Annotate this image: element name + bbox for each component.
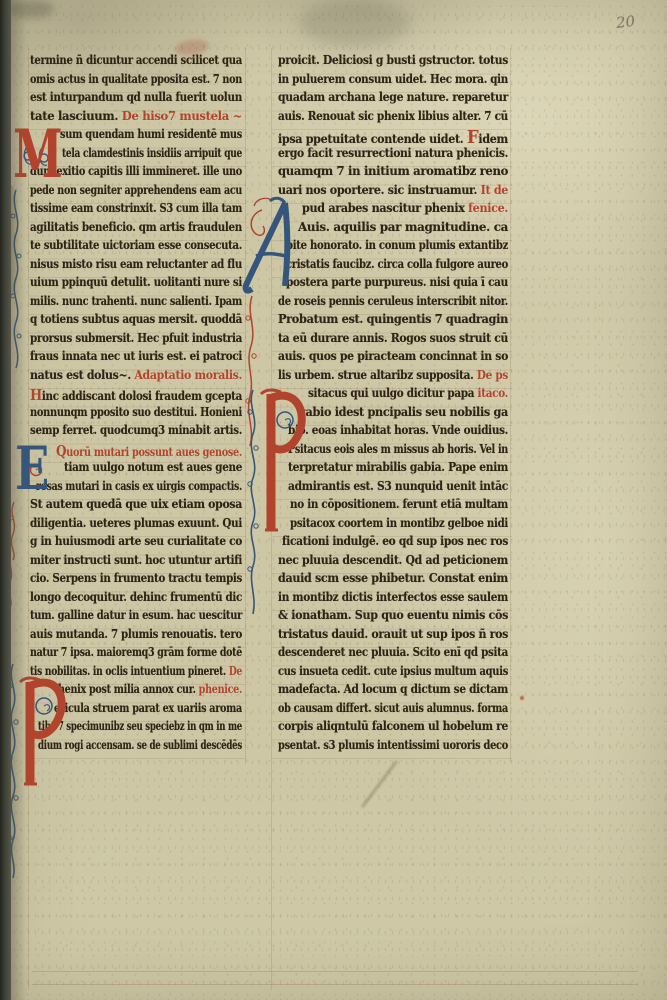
- text-segment: Q: [56, 442, 66, 460]
- manuscript-line: tristatus dauid. orauit ut sup ipos ñ ro…: [278, 627, 508, 646]
- text-segment: termine ñ dicuntur accendi scilicet qua: [30, 53, 242, 67]
- text-segment: cristatis faucibz. circa colla fulgore a…: [286, 257, 508, 271]
- manuscript-line: natur 7 ipsa. maioremq3 grām forme dotē: [30, 645, 242, 664]
- manuscript-line: henix post milia annox cur. phenice.: [30, 682, 242, 701]
- manuscript-line: dium rogi accensam. se de sublimi descēd…: [30, 738, 242, 757]
- manuscript-line: gabio idest pncipalis seu nobilis ga: [278, 405, 508, 424]
- text-segment: tristatus dauid. orauit ut sup ipos ñ ro…: [278, 627, 508, 641]
- text-segment: q totiens subtus aquas mersit. quoddā: [30, 312, 242, 326]
- manuscript-line: dum exitio capitis illi immineret. ille …: [30, 164, 242, 183]
- manuscript-line: tibz 7 specimunibz seu speciebz in qm in…: [30, 719, 242, 738]
- text-segment: & ionatham. Sup quo euentu nimis cōs: [278, 608, 508, 622]
- text-segment: auis. Renouat sic phenix libius alter. 7…: [278, 109, 508, 123]
- text-segment: postera parte purpureus. nisi quia ī cau: [286, 275, 508, 289]
- text-segment: psentat. s3 plumis intentissimi uororis …: [278, 738, 508, 752]
- text-segment: lis urbem. strue altaribz supposita.: [278, 368, 477, 382]
- manuscript-line: nisus misto risu eam reluctanter ad flu: [30, 257, 242, 276]
- text-segment: pud arabes nascitur phenix: [302, 201, 468, 215]
- text-segment: St autem quedā que uix etiam oposa: [30, 497, 242, 511]
- text-segment: cio. Serpens in frumento tractu tempis: [30, 571, 242, 585]
- text-segment: pite honorato. in conum plumis extantibz: [286, 238, 508, 252]
- text-segment: bio. eoas inhabitat horas. Vnde ouidius.: [288, 423, 508, 437]
- text-segment: agilitatis beneficio. qm artis fraudulen: [30, 220, 242, 234]
- text-segment: inc addiscant dolosi fraudem gcepta: [42, 389, 242, 403]
- manuscript-line: pite honorato. in conum plumis extantibz: [278, 238, 508, 257]
- text-segment: cus insueta cedit. cute ipsius multum aq…: [278, 664, 508, 678]
- manuscript-line: Quorū mutari possunt aues genose.: [30, 442, 242, 461]
- text-segment: phenice.: [199, 682, 242, 696]
- text-segment: ob causam differt. sicut auis alumnus. f…: [278, 701, 508, 715]
- manuscript-line: prorsus submersit. Hec pfuit industria: [30, 331, 242, 350]
- text-segment: fraus innata nec ut iuris est. ei patroc…: [30, 349, 242, 363]
- text-segment: quamqm 7 in initium aromatibz reno: [278, 164, 508, 178]
- text-segment: gabio idest pncipalis seu nobilis ga: [298, 405, 508, 419]
- bottom-ruling: [32, 971, 638, 972]
- text-segment: tate lasciuum.: [30, 109, 122, 123]
- text-segment: dauid scm esse phibetur. Constat enim: [278, 571, 508, 585]
- page-edge-shade: [11, 0, 27, 1000]
- manuscript-line: ipsa ppetuitate contende uidet. Fidem: [278, 127, 508, 146]
- text-segment: fenice.: [468, 201, 508, 215]
- text-segment: ficationi indulgē. eo qd sup ipos nec ro…: [282, 534, 508, 548]
- manuscript-line: no in cōpositionem. ferunt etiā multam: [278, 497, 508, 516]
- manuscript-line: diligentia. ueteres plumas exuunt. Qui: [30, 516, 242, 535]
- manuscript-line: tis nobilitas. in oclis intuentium piner…: [30, 664, 242, 683]
- text-segment: sitacus qui uulgo dicitur papa: [308, 386, 478, 400]
- text-segment: in puluerem consum uidet. Hec mora. qin: [278, 72, 508, 86]
- manuscript-line: tate lasciuum. De hiso7 mustela ~: [30, 109, 242, 128]
- manuscript-line: quadam archana lege nature. reparetur: [278, 90, 508, 109]
- manuscript-line: miter instructi sunt. hoc utuntur artifi: [30, 553, 242, 572]
- text-segment: miter instructi sunt. hoc utuntur artifi: [30, 553, 242, 567]
- manuscript-line: in montibz dictis interfectos esse saule…: [278, 590, 508, 609]
- manuscript-line: pede non segniter apprehendens eam acu: [30, 183, 242, 202]
- text-segment: te subtilitate uictoriam esse consecuta.: [30, 238, 242, 252]
- bottom-ruling: [32, 984, 638, 985]
- manuscript-line: est inturpandum qd nulla fuerit uolun: [30, 90, 242, 109]
- text-segment: nec pluuia descendit. Qd ad peticionem: [278, 553, 508, 567]
- text-segment: De ps: [477, 368, 508, 382]
- text-segment: prorsus submersit. Hec pfuit industria: [30, 331, 242, 345]
- text-segment: milis. nunc trahenti. nunc salienti. Ipa…: [30, 294, 242, 308]
- text-segment: Auis. aquilis par magnitudine. ca: [298, 220, 508, 234]
- text-segment: in montibz dictis interfectos esse saule…: [278, 590, 508, 604]
- manuscript-line: terpretatur mirabilis gabia. Pape enim: [278, 460, 508, 479]
- text-segment: Adaptatio moralis.: [134, 368, 242, 382]
- manuscript-line: dauid scm esse phibetur. Constat enim: [278, 571, 508, 590]
- text-column-right: proicit. Deliciosi g busti gstructor. to…: [278, 53, 508, 756]
- text-segment: dium rogi accensam. se de sublimi descēd…: [38, 738, 242, 752]
- text-segment: longo decoquitur. dehinc frumentū dic: [30, 590, 242, 604]
- text-segment: tum. galline datur in esum. hac uescitur: [30, 608, 242, 622]
- text-segment: terpretatur mirabilis gabia. Pape enim: [288, 460, 508, 474]
- manuscript-line: fraus innata nec ut iuris est. ei patroc…: [30, 349, 242, 368]
- manuscript-line: psentat. s3 plumis intentissimi uororis …: [278, 738, 508, 757]
- text-segment: nisus misto risu eam reluctanter ad flu: [30, 257, 242, 271]
- text-segment: De hiso7 mustela ~: [122, 109, 242, 123]
- text-segment: uium ppinquū detulit. uolitanti nure si: [30, 275, 242, 289]
- manuscript-line: quamqm 7 in initium aromatibz reno: [278, 164, 508, 183]
- parchment-stain: [520, 696, 524, 700]
- text-segment: tibz 7 specimunibz seu speciebz in qm in…: [38, 719, 242, 733]
- manuscript-line: termine ñ dicuntur accendi scilicet qua: [30, 53, 242, 72]
- manuscript-line: natus est dolus~. Adaptatio moralis.: [30, 368, 242, 387]
- manuscript-line: de roseis pennis ceruleus interscribit n…: [278, 294, 508, 313]
- manuscript-line: psitacox coortem in montibz gelboe nidi: [278, 516, 508, 535]
- manuscript-line: ta eū durare annis. Rogos suos struit cū: [278, 331, 508, 350]
- text-segment: tis nobilitas. in oclis intuentium piner…: [30, 664, 229, 678]
- manuscript-line: g in huiusmodi arte seu curialitate co: [30, 534, 242, 553]
- text-segment: itaco.: [478, 386, 508, 400]
- text-segment: Psitacus eois ales m missus ab horis. Ve…: [288, 442, 508, 456]
- text-segment: tissime eam constrinxit. S3 cum illa tam: [30, 201, 242, 215]
- parchment-stain: [300, 0, 410, 46]
- text-segment: psitacox coortem in montibz gelboe nidi: [290, 516, 508, 530]
- manuscript-line: uium ppinquū detulit. uolitanti nure si: [30, 275, 242, 294]
- text-segment: auis mutanda. 7 plumis renouatis. tero: [30, 627, 242, 641]
- manuscript-line: sum quendam humi residentē mus: [30, 127, 242, 146]
- manuscript-line: longo decoquitur. dehinc frumentū dic: [30, 590, 242, 609]
- manuscript-line: ericula struem parat ex uariis aroma: [30, 701, 242, 720]
- manuscript-line: agilitatis beneficio. qm artis fraudulen: [30, 220, 242, 239]
- manuscript-line: auis. Renouat sic phenix libius alter. 7…: [278, 109, 508, 128]
- manuscript-line: te subtilitate uictoriam esse consecuta.: [30, 238, 242, 257]
- text-segment: quadam archana lege nature. reparetur: [278, 90, 508, 104]
- manuscript-line: admirantis est. S3 nunquid uenit intāc: [278, 479, 508, 498]
- manuscript-line: q totiens subtus aquas mersit. quoddā: [30, 312, 242, 331]
- text-segment: Probatum est. quingentis 7 quadragin: [278, 312, 508, 326]
- text-segment: madefacta. Ad locum q dictum se dictam: [278, 682, 508, 696]
- manuscript-line: & ionatham. Sup quo euentu nimis cōs: [278, 608, 508, 627]
- text-segment: pede non segniter apprehendens eam acu: [30, 183, 242, 197]
- manuscript-line: madefacta. Ad locum q dictum se dictam: [278, 682, 508, 701]
- manuscript-line: cristatis faucibz. circa colla fulgore a…: [278, 257, 508, 276]
- manuscript-line: lis urbem. strue altaribz supposita. De …: [278, 368, 508, 387]
- text-segment: semp ferret. quodcumq3 minabit artis.: [30, 423, 242, 437]
- manuscript-line: bio. eoas inhabitat horas. Vnde ouidius.: [278, 423, 508, 442]
- text-segment: diligentia. ueteres plumas exuunt. Qui: [30, 516, 242, 530]
- manuscript-line: sitacus qui uulgo dicitur papa itaco.: [278, 386, 508, 405]
- text-segment: ta eū durare annis. Rogos suos struit cū: [278, 331, 508, 345]
- text-segment: proicit. Deliciosi g busti gstructor. to…: [278, 53, 508, 67]
- manuscript-line: rosas mutari in casis ex uirgis compacti…: [30, 479, 242, 498]
- text-segment: no in cōpositionem. ferunt etiā multam: [290, 497, 508, 511]
- manuscript-line: auis. quos pe piracteam concinnat in so: [278, 349, 508, 368]
- manuscript-line: nec pluuia descendit. Qd ad peticionem: [278, 553, 508, 572]
- text-segment: uari nos oportere. sic instruamur.: [278, 183, 481, 197]
- text-segment: sum quendam humi residentē mus: [60, 127, 242, 141]
- text-segment: natur 7 ipsa. maioremq3 grām forme dotē: [30, 645, 242, 659]
- text-segment: ipsa ppetuitate contende uidet.: [278, 132, 467, 146]
- text-segment: dum exitio capitis illi immineret. ille …: [30, 164, 242, 178]
- text-segment: auis. quos pe piracteam concinnat in so: [278, 349, 508, 363]
- manuscript-line: omis actus in qualitate pposita est. 7 n…: [30, 72, 242, 91]
- manuscript-line: cus insueta cedit. cute ipsius multum aq…: [278, 664, 508, 683]
- text-segment: est inturpandum qd nulla fuerit uolun: [30, 90, 242, 104]
- manuscript-line: semp ferret. quodcumq3 minabit artis.: [30, 423, 242, 442]
- manuscript-line: Auis. aquilis par magnitudine. ca: [278, 220, 508, 239]
- manuscript-line: uari nos oportere. sic instruamur. It de: [278, 183, 508, 202]
- manuscript-line: postera parte purpureus. nisi quia ī cau: [278, 275, 508, 294]
- manuscript-line: Hinc addiscant dolosi fraudem gcepta: [30, 386, 242, 405]
- manuscript-line: proicit. Deliciosi g busti gstructor. to…: [278, 53, 508, 72]
- manuscript-line: Probatum est. quingentis 7 quadragin: [278, 312, 508, 331]
- text-segment: ergo facit resurrectioni natura phenicis…: [278, 146, 508, 160]
- text-segment: omis actus in qualitate pposita est. 7 n…: [30, 72, 242, 86]
- text-segment: It de: [481, 183, 508, 197]
- text-segment: rosas mutari in casis ex uirgis compacti…: [36, 479, 242, 493]
- manuscript-line: tissime eam constrinxit. S3 cum illa tam: [30, 201, 242, 220]
- text-segment: ericula struem parat ex uariis aroma: [54, 701, 242, 715]
- text-segment: tiam uulgo notum est aues gene: [64, 460, 242, 474]
- manuscript-line: Psitacus eois ales m missus ab horis. Ve…: [278, 442, 508, 461]
- manuscript-line: descenderet nec pluuia. Scito enī qd psi…: [278, 645, 508, 664]
- manuscript-line: ergo facit resurrectioni natura phenicis…: [278, 146, 508, 165]
- page-edge: [0, 0, 11, 1000]
- text-segment: De: [229, 664, 242, 678]
- folio-number: 20: [615, 12, 636, 32]
- text-segment: descenderet nec pluuia. Scito enī qd psi…: [278, 645, 508, 659]
- manuscript-line: ob causam differt. sicut auis alumnus. f…: [278, 701, 508, 720]
- manuscript-line: tum. galline datur in esum. hac uescitur: [30, 608, 242, 627]
- vertical-ruling: [271, 48, 272, 990]
- manuscript-line: in puluerem consum uidet. Hec mora. qin: [278, 72, 508, 91]
- manuscript-line: milis. nunc trahenti. nunc salienti. Ipa…: [30, 294, 242, 313]
- vertical-ruling: [28, 48, 29, 990]
- manuscript-line: auis mutanda. 7 plumis renouatis. tero: [30, 627, 242, 646]
- text-segment: admirantis est. S3 nunquid uenit intāc: [288, 479, 508, 493]
- manuscript-line: corpis aliqntulū falconem ul hobelum re: [278, 719, 508, 738]
- text-segment: idem: [478, 132, 508, 146]
- manuscript-line: tela clamdestinis insidiis arripuit que: [30, 146, 242, 165]
- text-segment: de roseis pennis ceruleus interscribit n…: [278, 294, 508, 308]
- text-segment: natus est dolus~.: [30, 368, 134, 382]
- text-segment: H: [30, 386, 42, 404]
- manuscript-line: cio. Serpens in frumento tractu tempis: [30, 571, 242, 590]
- text-segment: nonnunqm pposito suo destitui. Honieni: [30, 405, 242, 419]
- text-segment: corpis aliqntulū falconem ul hobelum re: [278, 719, 508, 733]
- text-segment: tela clamdestinis insidiis arripuit que: [62, 146, 242, 160]
- manuscript-line: ficationi indulgē. eo qd sup ipos nec ro…: [278, 534, 508, 553]
- manuscript-line: nonnunqm pposito suo destitui. Honieni: [30, 405, 242, 424]
- parchment-scratch: [361, 760, 398, 808]
- text-segment: uorū mutari possunt aues genose.: [66, 445, 242, 459]
- text-segment: g in huiusmodi arte seu curialitate co: [30, 534, 242, 548]
- manuscript-line: pud arabes nascitur phenix fenice.: [278, 201, 508, 220]
- text-segment: henix post milia annox cur.: [58, 682, 199, 696]
- manuscript-page: termine ñ dicuntur accendi scilicet quao…: [0, 0, 667, 1000]
- manuscript-line: St autem quedā que uix etiam oposa: [30, 497, 242, 516]
- manuscript-line: tiam uulgo notum est aues gene: [30, 460, 242, 479]
- text-column-left: termine ñ dicuntur accendi scilicet quao…: [30, 53, 242, 756]
